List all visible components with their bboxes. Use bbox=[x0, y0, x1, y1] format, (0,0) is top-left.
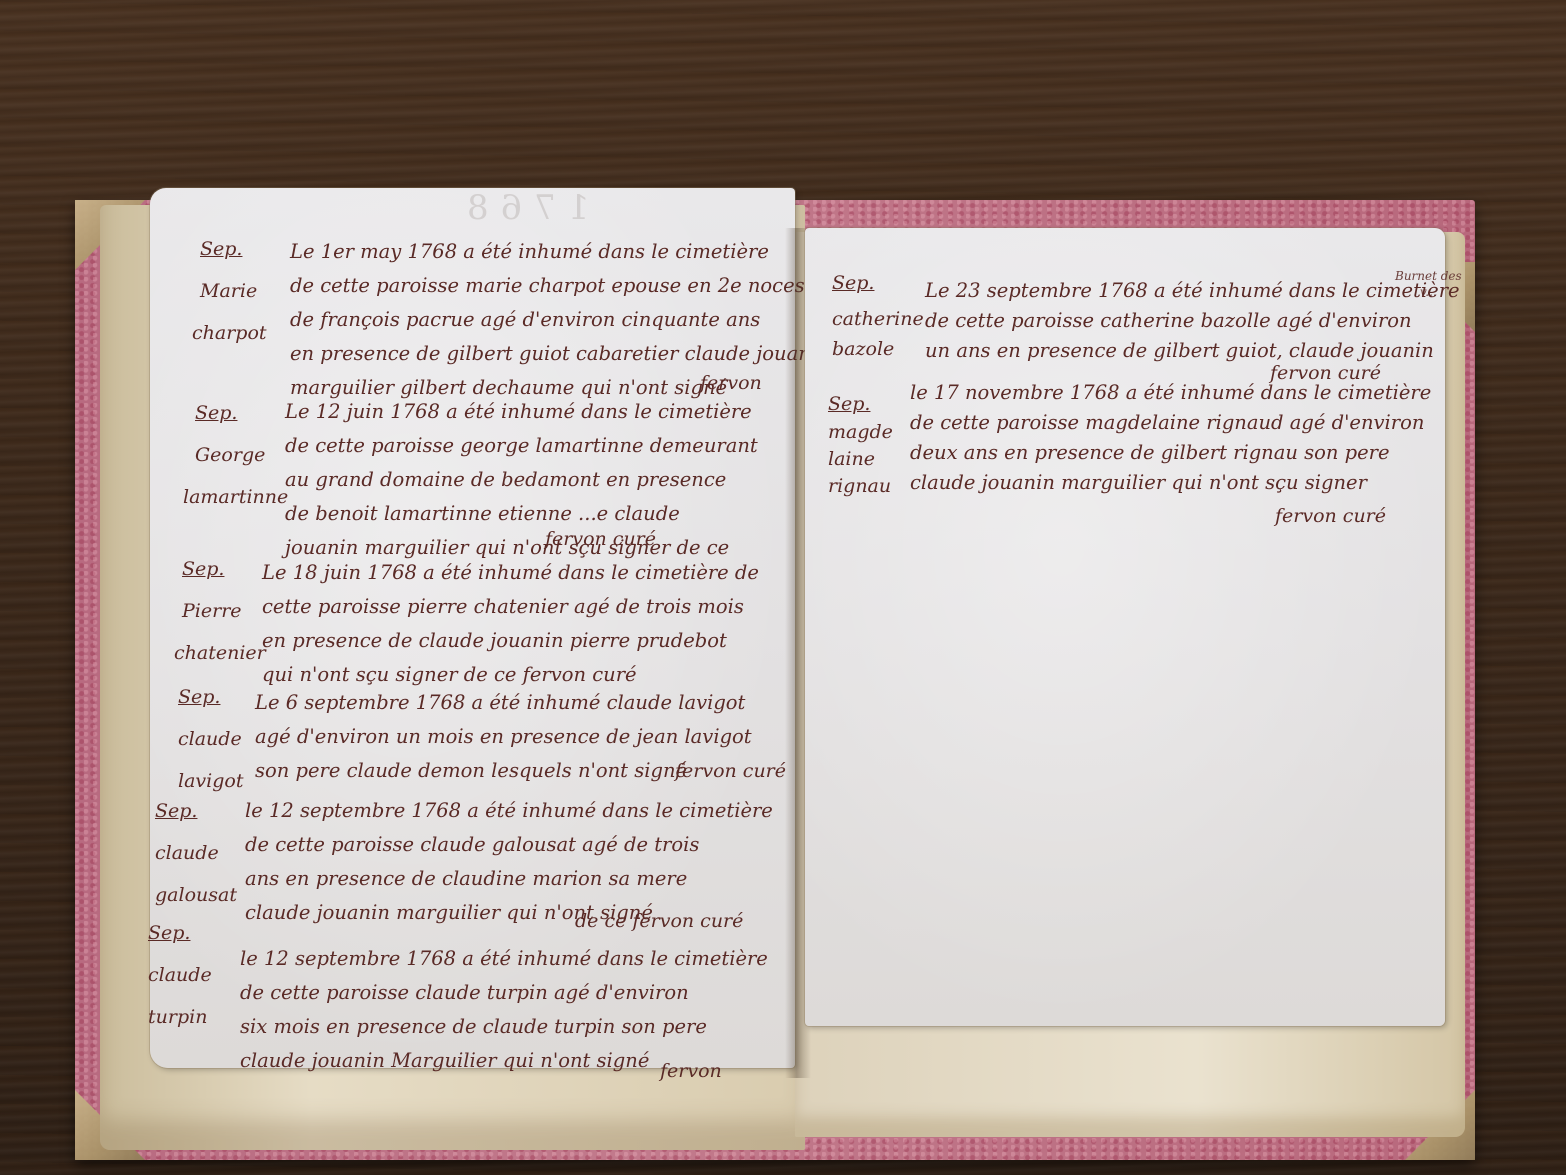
entry-signature: fervon bbox=[700, 372, 762, 394]
entry-margin-note: Sep. Pierre chatenier bbox=[182, 548, 266, 674]
entry-margin-note: Sep. claude galousat bbox=[155, 790, 237, 916]
entry-text: le 12 septembre 1768 a été inhumé dans l… bbox=[240, 942, 768, 1078]
entry-signature: de ce fervon curé bbox=[575, 910, 743, 932]
entry-margin-note: Sep. magde laine rignau bbox=[828, 390, 893, 500]
entry-margin-note: Sep. Marie charpot bbox=[200, 228, 267, 354]
entry-signature: fervon curé bbox=[675, 760, 786, 782]
entry-signature: fervon curé bbox=[1275, 505, 1386, 527]
entry-text: Le 23 septembre 1768 a été inhumé dans l… bbox=[925, 276, 1460, 366]
entry-text: Le 12 juin 1768 a été inhumé dans le cim… bbox=[285, 395, 758, 565]
entry-margin-note: Sep. George lamartinne bbox=[195, 392, 288, 518]
entry-margin-note: Sep. catherine bazole bbox=[832, 262, 924, 364]
entry-margin-note: Sep. claude lavigot bbox=[178, 676, 243, 802]
entry-signature: fervon bbox=[660, 1060, 722, 1082]
entry-text: Le 18 juin 1768 a été inhumé dans le cim… bbox=[262, 556, 759, 692]
entry-signature: fervon curé bbox=[545, 528, 656, 550]
entry-text: le 17 novembre 1768 a été inhumé dans le… bbox=[910, 378, 1431, 498]
entry-margin-note: Sep. claude turpin bbox=[148, 912, 212, 1038]
bleed-through-year: 1768 bbox=[455, 188, 590, 228]
